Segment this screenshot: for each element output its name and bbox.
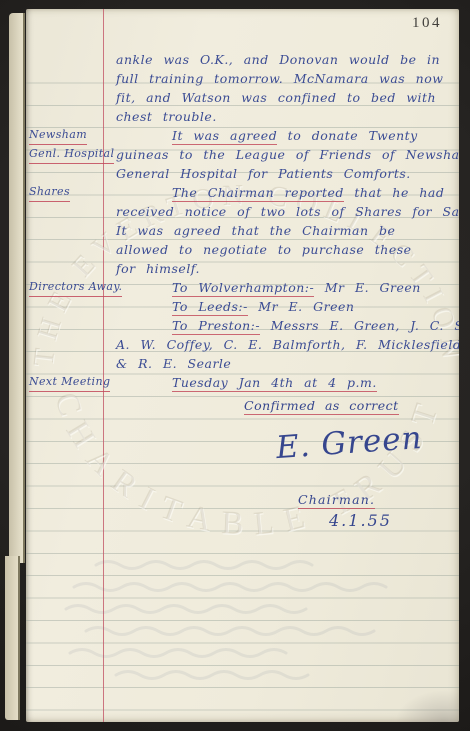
underlined-phrase: To Wolverhampton:- [172,280,314,297]
phrase: to donate Twenty [277,128,418,143]
minute-line-text: To Preston:- Messrs E. Green, J. C. Shar… [172,316,459,335]
phrase: that he had [344,185,444,200]
book-leaf-edge-upper [9,13,25,563]
minute-line-text: chest trouble. [116,107,217,126]
margin-heading-next-meeting: Next Meeting [29,373,110,392]
ink-bleed-through-ghost-text [56,557,456,707]
minute-line: fit, and Watson was confined to bed with [26,87,455,106]
minute-line: received notice of two lots of Shares fo… [26,201,455,220]
phrase: chest trouble. [116,109,217,124]
margin-heading-genl-hospital: Genl. Hospital [29,145,114,164]
margin-heading-shares: Shares [29,183,70,202]
phrase: allowed to negotiate to purchase these [116,242,412,257]
book-leaf-edge-lower [5,556,20,720]
underlined-phrase: It was agreed [172,128,277,145]
minute-line-text: received notice of two lots of Shares fo… [116,202,459,221]
phrase: fit, and Watson was confined to bed with [116,90,436,105]
underlined-phrase: Tuesday Jan 4th at 4 p.m. [172,375,377,392]
underlined-phrase: The Chairman reported [172,185,344,202]
ledger-page: THE EVERTON COLLECTION THE EVERTON COLLE… [26,9,459,722]
minute-line-text: It was agreed that the Chairman be [116,221,395,240]
minute-line-text: for himself. [116,259,200,278]
phrase: Mr E. Green [314,280,421,295]
minute-line: chest trouble. [26,106,455,125]
minute-line-text: & R. E. Searle [116,354,231,373]
minute-line: Next MeetingTuesday Jan 4th at 4 p.m. [26,372,455,391]
minute-line: NewshamIt was agreed to donate Twenty [26,125,455,144]
chairman-title: Chairman. [298,492,375,509]
phrase: A. W. Coffey, C. E. Balmforth, F. Mickle… [116,337,459,352]
confirmed-as-correct: Confirmed as correct [244,398,399,415]
minute-line: A. W. Coffey, C. E. Balmforth, F. Mickle… [26,334,455,353]
minute-line-text: ankle was O.K., and Donovan would be in [116,50,440,69]
minute-line: ankle was O.K., and Donovan would be in [26,49,455,68]
minute-line-text: A. W. Coffey, C. E. Balmforth, F. Mickle… [116,335,459,354]
closing-date: 4.1.55 [329,511,392,530]
minute-line-text: fit, and Watson was confined to bed with [116,88,436,107]
phrase: ankle was O.K., and Donovan would be in [116,52,440,67]
minute-line: full training tomorrow. McNamara was now [26,68,455,87]
phrase: for himself. [116,261,200,276]
chairman-signature: E. Green [275,420,424,466]
margin-heading-newsham: Newsham [29,126,87,145]
minute-line-text: Tuesday Jan 4th at 4 p.m. [172,373,377,392]
phrase: Mr E. Green [248,299,355,314]
minute-line: allowed to negotiate to purchase these [26,239,455,258]
minute-line: It was agreed that the Chairman be [26,220,455,239]
page-number: 104 [412,15,442,32]
phrase: General Hospital for Patients Comforts. [116,166,411,181]
minute-line-text: allowed to negotiate to purchase these [116,240,412,259]
scan-corner-smudge [395,690,459,722]
phrase: received notice of two lots of Shares fo… [116,204,459,219]
minute-line: & R. E. Searle [26,353,455,372]
underlined-phrase: To Preston:- [172,318,260,335]
phrase: It was agreed that the Chairman be [116,223,395,238]
minute-line-text: General Hospital for Patients Comforts. [116,164,411,183]
minute-line: SharesThe Chairman reported that he had [26,182,455,201]
minute-line: General Hospital for Patients Comforts. [26,163,455,182]
minute-line: Directors Away.To Wolverhampton:- Mr E. … [26,277,455,296]
minute-line: To Leeds:- Mr E. Green [26,296,455,315]
minute-line: Genl. Hospitalguineas to the League of F… [26,144,455,163]
margin-heading-directors-away: Directors Away. [29,278,122,297]
minute-line-text: To Wolverhampton:- Mr E. Green [172,278,421,297]
phrase: guineas to the League of Friends of News… [116,147,459,162]
phrase: full training tomorrow. McNamara was now [116,71,443,86]
phrase: Messrs E. Green, J. C. Sharp, [260,318,459,333]
minute-line: for himself. [26,258,455,277]
minute-line-text: The Chairman reported that he had [172,183,444,202]
minute-line-text: To Leeds:- Mr E. Green [172,297,354,316]
minute-line-text: full training tomorrow. McNamara was now [116,69,443,88]
minutes-text: ankle was O.K., and Donovan would be inf… [26,49,455,391]
minute-line-text: guineas to the League of Friends of News… [116,145,459,164]
minute-line: To Preston:- Messrs E. Green, J. C. Shar… [26,315,455,334]
minute-line-text: It was agreed to donate Twenty [172,126,418,145]
scanned-minute-book-page: THE EVERTON COLLECTION THE EVERTON COLLE… [0,0,470,731]
underlined-phrase: To Leeds:- [172,299,248,316]
phrase: & R. E. Searle [116,356,231,371]
